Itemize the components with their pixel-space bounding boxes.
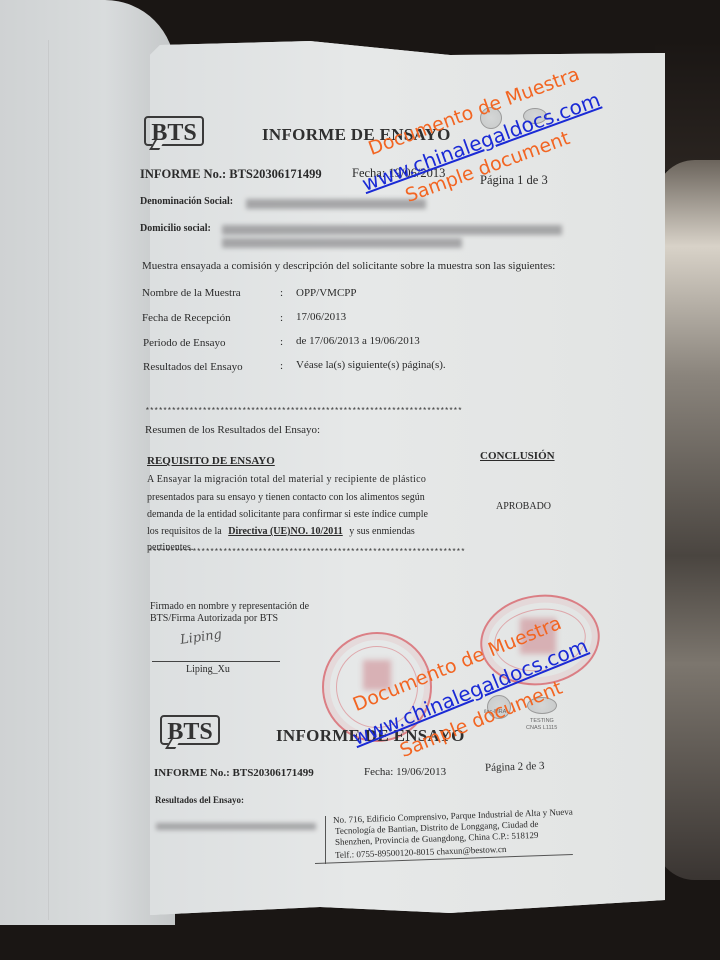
company-address-label: Domicilio social:: [140, 223, 211, 234]
redacted-company-name: [246, 199, 426, 209]
field-label: Periodo de Ensayo: [143, 337, 225, 349]
intro-text: Muestra ensayada a comisión y descripció…: [142, 260, 555, 272]
signature-line: [152, 661, 280, 662]
field-value-reception-date: 17/06/2013: [296, 311, 346, 323]
report-number: INFORME No.: BTS20306171499: [154, 767, 314, 779]
field-separator: :: [280, 360, 283, 372]
field-separator: :: [280, 336, 283, 348]
signed-text-line1: Firmado en nombre y representación de: [150, 601, 309, 612]
field-separator: :: [280, 287, 283, 299]
summary-title: Resumen de los Resultados del Ensayo:: [145, 424, 320, 436]
requirement-text-suffix: y sus enmiendas: [349, 526, 415, 537]
report-date: Fecha: 19/06/2013: [364, 766, 446, 778]
requirement-text-line: demanda de la entidad solicitante para c…: [147, 509, 428, 520]
redacted-address-line2: [222, 238, 462, 248]
cnas-number-label: CNAS L1115: [526, 725, 557, 731]
field-value-test-period: de 17/06/2013 a 19/06/2013: [296, 335, 420, 347]
field-value-sample-name: OPP/VMCPP: [296, 287, 357, 299]
footer-divider-vertical: [325, 816, 326, 864]
redacted-company-footer: [156, 823, 316, 830]
field-value-results: Véase la(s) siguiente(s) página(s).: [296, 359, 446, 371]
field-label: Nombre de la Muestra: [142, 287, 241, 299]
page-number: Página 2 de 3: [485, 760, 545, 774]
requirement-text-line: los requisitos de la Directiva (UE)NO. 1…: [147, 526, 415, 537]
directive-reference: Directiva (UE)NO. 10/2011: [228, 526, 343, 537]
field-label: Resultados del Ensayo: [143, 361, 243, 373]
bts-logo: BTS: [144, 116, 204, 146]
requirement-text-line: A Ensayar la migración total del materia…: [147, 474, 426, 485]
redacted-address-line1: [222, 225, 562, 235]
signer-name: Liping_Xu: [186, 664, 230, 675]
cnas-testing-label: TESTING: [530, 718, 554, 724]
results-label: Resultados del Ensayo:: [155, 795, 244, 805]
divider-stars-bottom: ****************************************…: [148, 548, 465, 557]
field-label: Fecha de Recepción: [142, 312, 231, 324]
requirement-text-prefix: los requisitos de la: [147, 526, 222, 537]
bts-logo: BTS: [160, 715, 220, 745]
signed-text-line2: BTS/Firma Autorizada por BTS: [150, 613, 278, 624]
company-name-label: Denominación Social:: [140, 196, 233, 207]
report-number: INFORME No.: BTS20306171499: [140, 167, 322, 182]
conclusion-value: APROBADO: [496, 501, 551, 512]
requirement-header: REQUISITO DE ENSAYO: [147, 455, 275, 467]
requirement-text-line: presentados para su ensayo y tienen cont…: [147, 492, 425, 503]
conclusion-header: CONCLUSIÓN: [480, 450, 555, 462]
divider-stars-top: ****************************************…: [145, 407, 462, 416]
field-separator: :: [280, 312, 283, 324]
